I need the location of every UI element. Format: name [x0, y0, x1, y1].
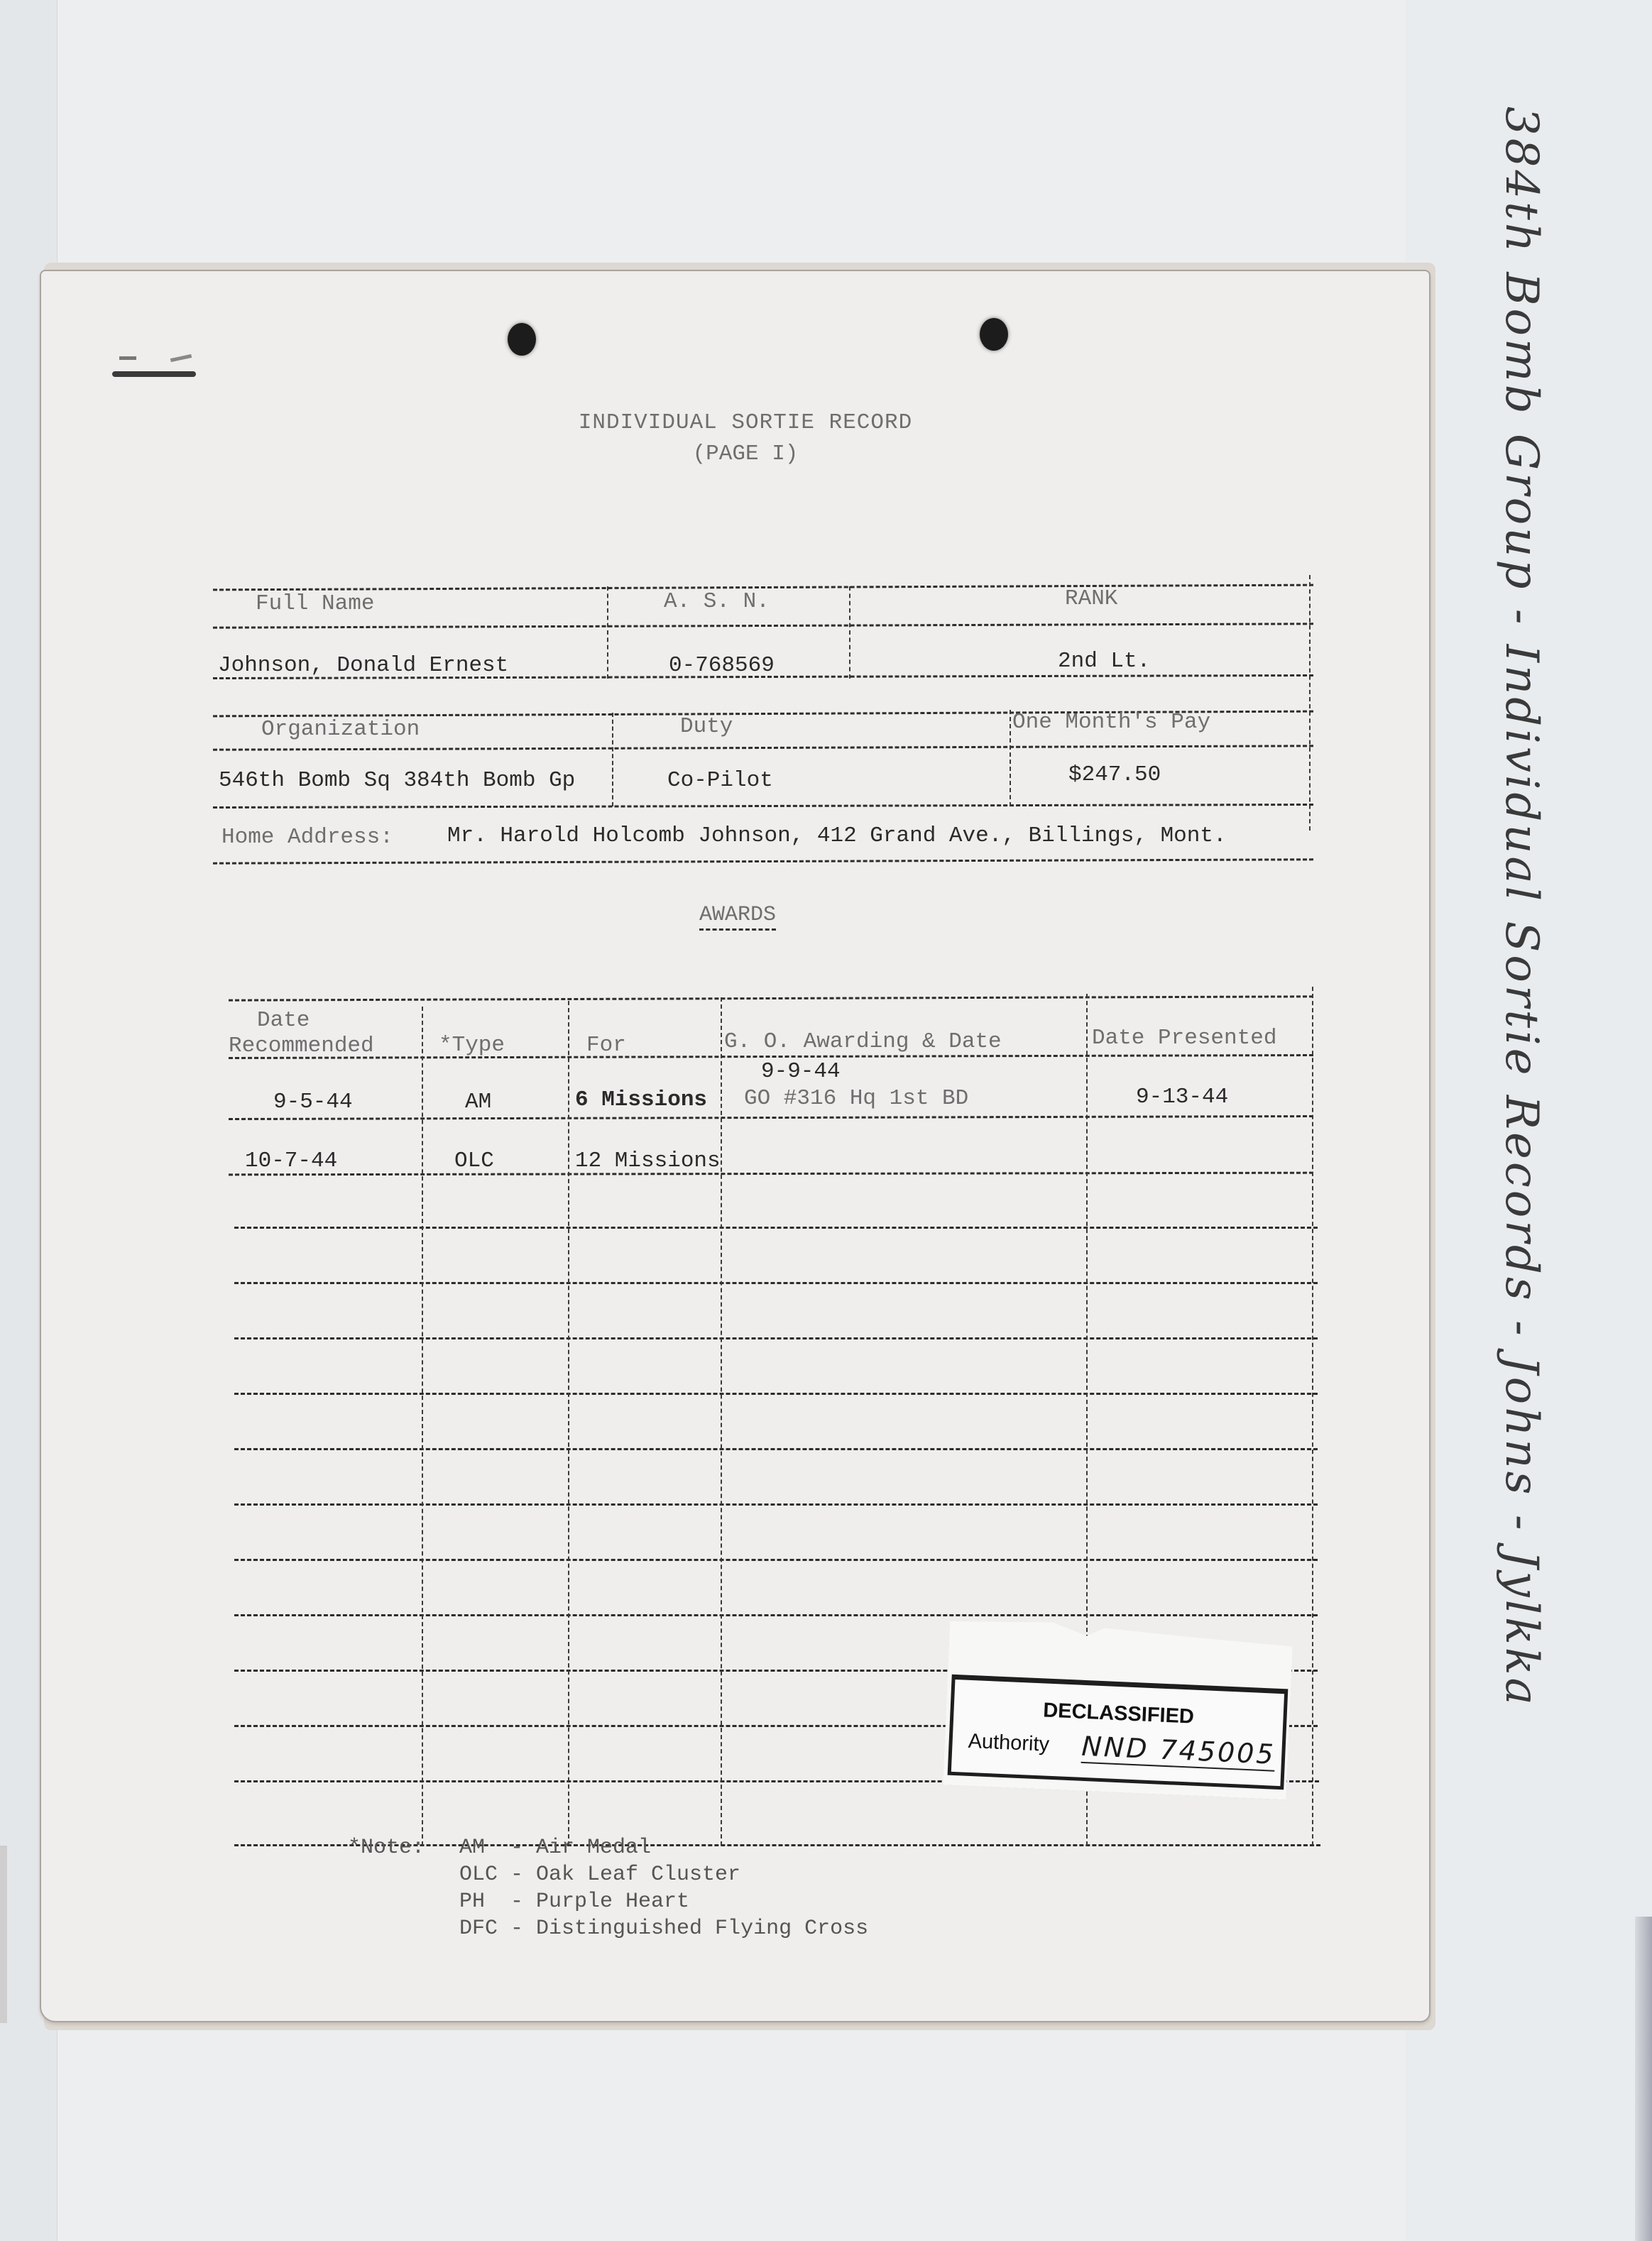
awards-table-rule [234, 1503, 1318, 1506]
table-divider [607, 586, 608, 679]
row1-go-awarding: GO #316 Hq 1st BD [744, 1086, 968, 1111]
margin-handwriting: 384th Bomb Group - Individual Sortie Rec… [1495, 106, 1548, 1708]
col-date-presented: Date Presented [1092, 1026, 1276, 1051]
col-date-recommended-line1: Date [257, 1008, 310, 1033]
row2-type: OLC [454, 1149, 494, 1173]
table-divider [1010, 710, 1011, 806]
header-full-name: Full Name [256, 591, 374, 616]
row1-type: AM [465, 1090, 491, 1114]
note-item-am: AM - Air Medal [459, 1836, 651, 1860]
awards-table-rule [234, 1227, 1318, 1229]
table-divider [1309, 575, 1311, 831]
value-rank: 2nd Lt. [1058, 649, 1150, 674]
punch-hole-left [508, 323, 536, 356]
note-item-olc: OLC - Oak Leaf Cluster [459, 1863, 740, 1887]
awards-col-divider [568, 1001, 569, 1846]
value-duty: Co-Pilot [667, 768, 773, 793]
awards-table-rule [234, 1559, 1318, 1561]
punch-hole-right [980, 318, 1008, 351]
authority-label: Authority [968, 1730, 1050, 1757]
row1-for: 6 Missions [575, 1087, 707, 1112]
document-subtitle: (PAGE I) [0, 442, 1491, 466]
value-asn: 0-768569 [669, 653, 775, 678]
background-edge [1635, 1917, 1652, 2241]
row1-date-presented: 9-13-44 [1136, 1085, 1228, 1109]
home-address-value: Mr. Harold Holcomb Johnson, 412 Grand Av… [447, 823, 1227, 848]
header-rank: RANK [1065, 586, 1117, 611]
note-item-ph: PH - Purple Heart [459, 1890, 689, 1914]
awards-col-divider [721, 997, 722, 1846]
awards-col-divider [422, 1007, 423, 1846]
awards-table-rule [234, 1393, 1318, 1395]
row2-date-recommended: 10-7-44 [245, 1149, 337, 1173]
col-type: *Type [439, 1033, 505, 1058]
awards-table-rule [234, 1337, 1318, 1339]
value-full-name: Johnson, Donald Ernest [218, 653, 508, 678]
declassified-box: DECLASSIFIED Authority NND 745005 [948, 1675, 1289, 1790]
awards-table-rule [234, 1282, 1318, 1284]
note-label: *Note: [348, 1836, 425, 1860]
value-organization: 546th Bomb Sq 384th Bomb Gp [219, 768, 575, 793]
awards-col-divider [1312, 987, 1313, 1846]
row1-date-recommended: 9-5-44 [273, 1090, 353, 1114]
header-duty: Duty [680, 714, 733, 739]
authority-number: NND 745005 [1081, 1731, 1276, 1772]
table-divider [849, 586, 850, 679]
row1-go-date: 9-9-44 [761, 1059, 841, 1084]
declassified-title: DECLASSIFIED [953, 1695, 1284, 1733]
background-edge-left [0, 1846, 7, 2023]
declassified-label: DECLASSIFIED Authority NND 745005 [943, 1615, 1293, 1800]
awards-table-rule [234, 1614, 1318, 1616]
table-divider [612, 713, 613, 806]
row2-for: 12 Missions [575, 1149, 721, 1173]
awards-section-title: AWARDS [699, 903, 776, 931]
document-title: INDIVIDUAL SORTIE RECORD [0, 410, 1491, 435]
header-one-months-pay: One Month's Pay [1012, 710, 1210, 735]
note-item-dfc: DFC - Distinguished Flying Cross [459, 1917, 868, 1941]
awards-table-rule [234, 1448, 1318, 1450]
header-asn: A. S. N. [664, 589, 770, 614]
col-for: For [586, 1033, 626, 1058]
col-go-awarding-date: G. O. Awarding & Date [724, 1029, 1002, 1054]
tab-mark [112, 371, 196, 377]
value-one-months-pay: $247.50 [1068, 762, 1161, 787]
col-date-recommended-line2: Recommended [229, 1034, 374, 1058]
tab-mark [119, 356, 136, 360]
home-address-label: Home Address: [221, 825, 393, 850]
header-organization: Organization [261, 717, 420, 742]
